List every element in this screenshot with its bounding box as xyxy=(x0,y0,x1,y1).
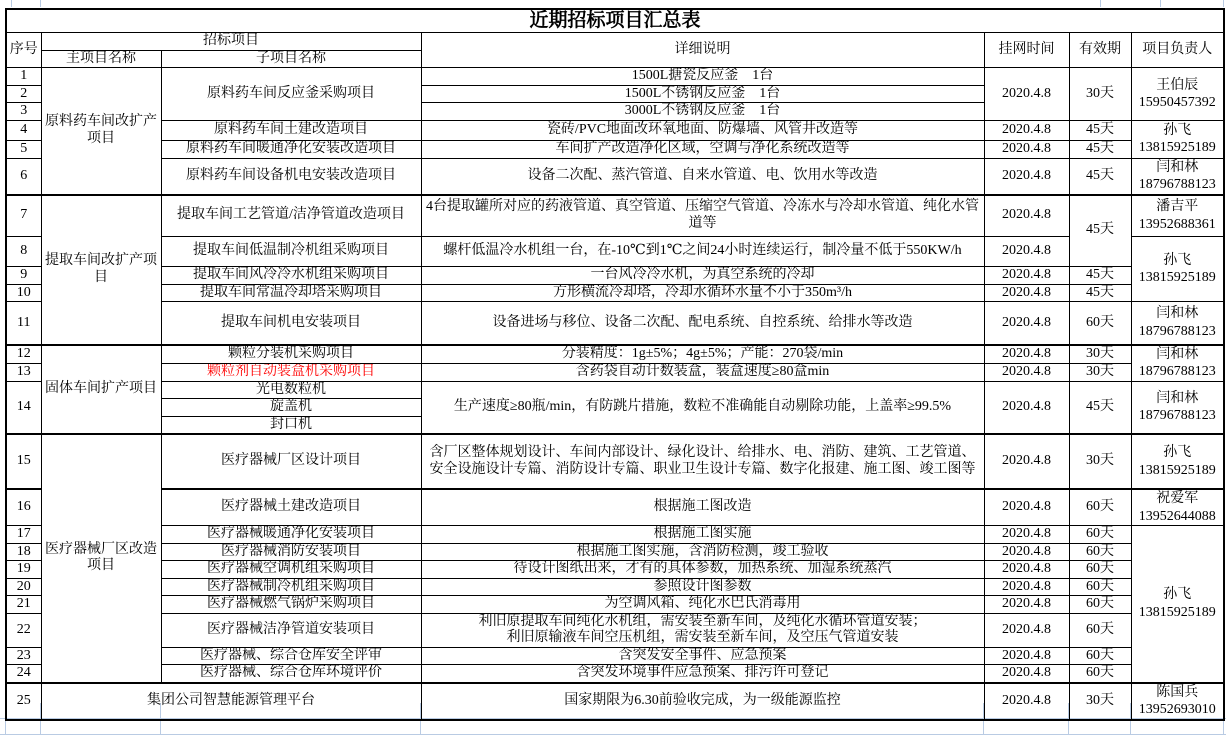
post-date-cell[interactable]: 2020.4.8 xyxy=(984,647,1069,665)
manager-name: 闫和林 xyxy=(1134,390,1222,408)
detail-cell[interactable]: 瓷砖/PVC地面改环氧地面、防爆墙、风管井改造等 xyxy=(421,120,984,140)
validity-cell[interactable]: 60天 xyxy=(1069,596,1131,614)
serial-cell[interactable]: 13 xyxy=(6,363,41,381)
detail-cell[interactable]: 国家期限为6.30前验收完成，为一级能源监控 xyxy=(421,683,984,720)
detail-cell[interactable]: 设备进场与移位、设备二次配、配电系统、自控系统、给排水等改造 xyxy=(421,302,984,345)
sheet-gridline xyxy=(1160,0,1161,7)
detail-cell[interactable]: 为空调风箱、纯化水巴氏消毒用 xyxy=(421,596,984,614)
detail-cell[interactable]: 根据施工图改造 xyxy=(421,489,984,526)
sub-project-cell[interactable]: 提取车间低温制冷机组采购项目 xyxy=(161,237,421,267)
post-date-cell[interactable]: 2020.4.8 xyxy=(984,284,1069,302)
sub-project-cell[interactable]: 提取车间常温冷却塔采购项目 xyxy=(161,284,421,302)
sheet-gridline xyxy=(1100,0,1101,7)
sheet-gridline xyxy=(40,0,41,7)
manager-phone: 13952644088 xyxy=(1134,508,1222,526)
header-serial[interactable]: 序号 xyxy=(6,33,41,68)
manager-cell[interactable]: 闫和林 18796788123 xyxy=(1131,381,1224,434)
serial-cell[interactable]: 21 xyxy=(6,596,41,614)
serial-cell[interactable]: 18 xyxy=(6,543,41,561)
post-date-cell[interactable]: 2020.4.8 xyxy=(984,561,1069,579)
post-date-cell[interactable]: 2020.4.8 xyxy=(984,665,1069,683)
validity-cell[interactable]: 45天 xyxy=(1069,267,1131,285)
sub-project-cell[interactable]: 医疗器械洁净管道安装项目 xyxy=(161,613,421,647)
main-project-cell[interactable]: 提取车间改扩产项目 xyxy=(41,195,161,345)
manager-phone: 13815925189 xyxy=(1134,139,1222,157)
serial-cell[interactable]: 1 xyxy=(6,68,41,86)
detail-cell[interactable]: 分装精度：1g±5%；4g±5%；产能：270袋/min xyxy=(421,345,984,364)
sub-project-cell[interactable]: 光电数粒机 xyxy=(161,381,421,399)
sub-project-cell[interactable]: 医疗器械土建改造项目 xyxy=(161,489,421,526)
manager-cell[interactable]: 闫和林 18796788123 xyxy=(1131,302,1224,345)
serial-cell[interactable]: 22 xyxy=(6,613,41,647)
validity-cell[interactable]: 45天 xyxy=(1069,120,1131,140)
header-post-time[interactable]: 挂网时间 xyxy=(984,33,1069,68)
sub-project-cell[interactable]: 医疗器械消防安装项目 xyxy=(161,543,421,561)
sheet-gridline xyxy=(11,0,12,7)
sub-project-cell[interactable]: 原料药车间反应釜采购项目 xyxy=(161,68,421,121)
header-bid-project[interactable]: 招标项目 xyxy=(41,33,421,51)
manager-name: 王伯辰 xyxy=(1134,77,1222,95)
validity-cell[interactable]: 30天 xyxy=(1069,68,1131,121)
header-manager[interactable]: 项目负责人 xyxy=(1131,33,1224,68)
sub-project-cell[interactable]: 提取车间风冷冷水机组采购项目 xyxy=(161,267,421,285)
post-date-cell[interactable]: 2020.4.8 xyxy=(984,237,1069,267)
manager-cell[interactable]: 祝爱军 13952644088 xyxy=(1131,489,1224,526)
manager-phone: 13815925189 xyxy=(1134,604,1222,622)
detail-cell[interactable]: 含药袋自动计数装盒，装盒速度≥80盒min xyxy=(421,363,984,381)
validity-cell[interactable]: 45天 xyxy=(1069,158,1131,195)
manager-name: 闫和林 xyxy=(1134,305,1222,323)
sub-project-cell[interactable]: 医疗器械燃气锅炉采购项目 xyxy=(161,596,421,614)
serial-cell[interactable]: 15 xyxy=(6,434,41,489)
sub-project-cell-highlighted[interactable]: 颗粒剂自动装盒机采购项目 xyxy=(161,363,421,381)
manager-phone: 13815925189 xyxy=(1134,269,1222,287)
sub-project-cell[interactable]: 提取车间工艺管道/洁净管道改造项目 xyxy=(161,195,421,237)
serial-cell[interactable]: 19 xyxy=(6,561,41,579)
header-sub-project[interactable]: 子项目名称 xyxy=(161,50,421,68)
serial-cell[interactable]: 2 xyxy=(6,85,41,103)
serial-cell[interactable]: 7 xyxy=(6,195,41,237)
detail-cell[interactable]: 根据施工图实施 xyxy=(421,526,984,544)
validity-cell[interactable]: 60天 xyxy=(1069,526,1131,544)
header-detail[interactable]: 详细说明 xyxy=(421,33,984,68)
manager-phone: 18796788123 xyxy=(1134,176,1222,194)
detail-cell[interactable]: 一台风冷冷水机，为真空系统的冷却 xyxy=(421,267,984,285)
manager-name: 祝爱军 xyxy=(1134,490,1222,508)
sub-project-cell[interactable]: 医疗器械、综合仓库环境评价 xyxy=(161,665,421,683)
validity-cell[interactable]: 45天 xyxy=(1069,284,1131,302)
sub-project-cell[interactable]: 医疗器械空调机组采购项目 xyxy=(161,561,421,579)
post-date-cell[interactable]: 2020.4.8 xyxy=(984,158,1069,195)
post-date-cell[interactable]: 2020.4.8 xyxy=(984,613,1069,647)
detail-cell[interactable]: 1500L不锈钢反应釜 1台 xyxy=(421,85,984,103)
header-main-project[interactable]: 主项目名称 xyxy=(41,50,161,68)
post-date-cell[interactable]: 2020.4.8 xyxy=(984,302,1069,345)
sub-project-cell[interactable]: 医疗器械厂区设计项目 xyxy=(161,434,421,489)
detail-cell[interactable]: 4台提取罐所对应的药液管道、真空管道、压缩空气管道、冷冻水与冷却水管道、纯化水管… xyxy=(421,195,984,237)
serial-cell[interactable]: 8 xyxy=(6,237,41,267)
post-date-cell[interactable]: 2020.4.8 xyxy=(984,526,1069,544)
manager-name: 闫和林 xyxy=(1134,159,1222,177)
validity-cell[interactable]: 60天 xyxy=(1069,543,1131,561)
detail-cell[interactable]: 1500L搪瓷反应釜 1台 xyxy=(421,68,984,86)
table-title[interactable]: 近期招标项目汇总表 xyxy=(6,9,1224,33)
post-date-cell[interactable]: 2020.4.8 xyxy=(984,489,1069,526)
post-date-cell[interactable]: 2020.4.8 xyxy=(984,140,1069,158)
manager-phone: 18796788123 xyxy=(1134,323,1222,341)
validity-cell[interactable]: 45天 xyxy=(1069,195,1131,267)
serial-cell[interactable]: 4 xyxy=(6,120,41,140)
manager-name: 闫和林 xyxy=(1134,346,1222,364)
serial-cell[interactable]: 20 xyxy=(6,578,41,596)
header-validity[interactable]: 有效期 xyxy=(1069,33,1131,68)
detail-cell[interactable]: 螺杆低温冷水机组一台，在-10℃到1℃之间24小时连续运行，制冷量不低于550K… xyxy=(421,237,984,267)
validity-cell[interactable]: 45天 xyxy=(1069,140,1131,158)
manager-cell[interactable]: 孙飞 13815925189 xyxy=(1131,434,1224,489)
main-project-cell[interactable]: 原料药车间改扩产项目 xyxy=(41,68,161,195)
manager-cell[interactable]: 潘吉平 13952688361 xyxy=(1131,195,1224,237)
post-date-cell[interactable]: 2020.4.8 xyxy=(984,267,1069,285)
post-date-cell[interactable]: 2020.4.8 xyxy=(984,543,1069,561)
sub-project-cell[interactable]: 原料药车间土建改造项目 xyxy=(161,120,421,140)
detail-cell[interactable]: 待设计图纸出来，才有的具体参数，加热系统、加湿系统蒸汽 xyxy=(421,561,984,579)
manager-name: 孙飞 xyxy=(1134,122,1222,140)
serial-cell[interactable]: 25 xyxy=(6,683,41,720)
validity-cell[interactable]: 60天 xyxy=(1069,647,1131,665)
post-date-cell[interactable]: 2020.4.8 xyxy=(984,434,1069,489)
detail-cell[interactable]: 车间扩产改造净化区域，空调与净化系统改造等 xyxy=(421,140,984,158)
detail-cell[interactable]: 含突发环境事件应急预案、排污许可登记 xyxy=(421,665,984,683)
validity-cell[interactable]: 60天 xyxy=(1069,613,1131,647)
serial-cell[interactable]: 5 xyxy=(6,140,41,158)
detail-cell[interactable]: 设备二次配、蒸汽管道、自来水管道、电、饮用水等改造 xyxy=(421,158,984,195)
post-date-cell[interactable]: 2020.4.8 xyxy=(984,68,1069,121)
manager-name: 潘吉平 xyxy=(1134,198,1222,216)
detail-cell[interactable]: 3000L不锈钢反应釜 1台 xyxy=(421,103,984,121)
serial-cell[interactable]: 23 xyxy=(6,647,41,665)
sheet-gridline xyxy=(1223,0,1224,7)
detail-cell[interactable]: 利旧原提取车间纯化水机组，需安装至新车间，及纯化水循环管道安装； 利旧原输液车间… xyxy=(421,613,984,647)
manager-phone: 13815925189 xyxy=(1134,462,1222,480)
sub-project-cell[interactable]: 旋盖机 xyxy=(161,399,421,417)
validity-cell[interactable]: 60天 xyxy=(1069,489,1131,526)
validity-cell[interactable]: 60天 xyxy=(1069,561,1131,579)
serial-cell[interactable]: 14 xyxy=(6,381,41,434)
manager-phone: 15950457392 xyxy=(1134,94,1222,112)
serial-cell[interactable]: 12 xyxy=(6,345,41,364)
validity-cell[interactable]: 30天 xyxy=(1069,363,1131,381)
manager-cell[interactable]: 闫和林 18796788123 xyxy=(1131,158,1224,195)
post-date-cell[interactable]: 2020.4.8 xyxy=(984,195,1069,237)
manager-cell[interactable]: 闫和林 18796788123 xyxy=(1131,345,1224,382)
sub-project-cell[interactable]: 封口机 xyxy=(161,416,421,434)
manager-cell[interactable]: 孙飞 13815925189 xyxy=(1131,237,1224,302)
manager-name: 孙飞 xyxy=(1134,586,1222,604)
validity-cell[interactable]: 30天 xyxy=(1069,345,1131,364)
sub-project-cell[interactable]: 颗粒分装机采购项目 xyxy=(161,345,421,364)
main-project-cell[interactable]: 医疗器械厂区改造项目 xyxy=(41,434,161,683)
serial-cell[interactable]: 16 xyxy=(6,489,41,526)
sub-project-cell[interactable]: 原料药车间设备机电安装改造项目 xyxy=(161,158,421,195)
serial-cell[interactable]: 17 xyxy=(6,526,41,544)
post-date-cell[interactable]: 2020.4.8 xyxy=(984,345,1069,364)
post-date-cell[interactable]: 2020.4.8 xyxy=(984,596,1069,614)
detail-line: 利旧原输液车间空压机组，需安装至新车间，及空压气管道安装 xyxy=(425,630,981,647)
detail-line: 利旧原提取车间纯化水机组，需安装至新车间，及纯化水循环管道安装； xyxy=(425,614,981,631)
validity-cell[interactable]: 30天 xyxy=(1069,683,1131,720)
post-date-cell[interactable]: 2020.4.8 xyxy=(984,381,1069,434)
manager-phone: 18796788123 xyxy=(1134,407,1222,425)
post-date-cell[interactable]: 2020.4.8 xyxy=(984,683,1069,720)
detail-cell[interactable]: 参照设计图参数 xyxy=(421,578,984,596)
sub-project-cell[interactable]: 医疗器械、综合仓库安全评审 xyxy=(161,647,421,665)
detail-cell[interactable]: 含突发安全事件、应急预案 xyxy=(421,647,984,665)
sub-project-cell[interactable]: 原料药车间暖通净化安装改造项目 xyxy=(161,140,421,158)
detail-cell[interactable]: 方形横流冷却塔，冷却水循环水量不小于350m³/h xyxy=(421,284,984,302)
post-date-cell[interactable]: 2020.4.8 xyxy=(984,120,1069,140)
validity-cell[interactable]: 60天 xyxy=(1069,302,1131,345)
manager-name: 陈国兵 xyxy=(1134,684,1222,702)
validity-cell[interactable]: 30天 xyxy=(1069,434,1131,489)
manager-phone: 13952688361 xyxy=(1134,216,1222,234)
serial-cell[interactable]: 10 xyxy=(6,284,41,302)
detail-cell[interactable]: 根据施工图实施，含消防检测，竣工验收 xyxy=(421,543,984,561)
serial-cell[interactable]: 3 xyxy=(6,103,41,121)
serial-cell[interactable]: 9 xyxy=(6,267,41,285)
manager-cell[interactable]: 孙飞 13815925189 xyxy=(1131,526,1224,683)
detail-cell[interactable]: 含厂区整体规划设计、车间内部设计、绿化设计、给排水、电、消防、建筑、工艺管道、安… xyxy=(421,434,984,489)
serial-cell[interactable]: 24 xyxy=(6,665,41,683)
manager-cell[interactable]: 孙飞 13815925189 xyxy=(1131,120,1224,158)
project-name-cell[interactable]: 集团公司智慧能源管理平台 xyxy=(41,683,421,720)
detail-cell[interactable]: 生产速度≥80瓶/min，有防跳片措施，数粒不准确能自动剔除功能，上盖率≥99.… xyxy=(421,381,984,434)
validity-cell[interactable]: 45天 xyxy=(1069,381,1131,434)
validity-cell[interactable]: 60天 xyxy=(1069,578,1131,596)
manager-cell[interactable]: 王伯辰 15950457392 xyxy=(1131,68,1224,121)
post-date-cell[interactable]: 2020.4.8 xyxy=(984,578,1069,596)
manager-name: 孙飞 xyxy=(1134,252,1222,270)
post-date-cell[interactable]: 2020.4.8 xyxy=(984,363,1069,381)
validity-cell[interactable]: 60天 xyxy=(1069,665,1131,683)
manager-cell[interactable]: 陈国兵 13952693010 xyxy=(1131,683,1224,720)
main-project-cell[interactable]: 固体车间扩产项目 xyxy=(41,345,161,435)
manager-phone: 18796788123 xyxy=(1134,363,1222,381)
manager-name: 孙飞 xyxy=(1134,444,1222,462)
sub-project-cell[interactable]: 医疗器械暖通净化安装项目 xyxy=(161,526,421,544)
sub-project-cell[interactable]: 提取车间机电安装项目 xyxy=(161,302,421,345)
serial-cell[interactable]: 11 xyxy=(6,302,41,345)
serial-cell[interactable]: 6 xyxy=(6,158,41,195)
manager-phone: 13952693010 xyxy=(1134,701,1222,719)
sub-project-cell[interactable]: 医疗器械制冷机组采购项目 xyxy=(161,578,421,596)
bidding-summary-table: 近期招标项目汇总表 序号 招标项目 详细说明 挂网时间 有效期 项目负责人 主项… xyxy=(5,8,1225,721)
